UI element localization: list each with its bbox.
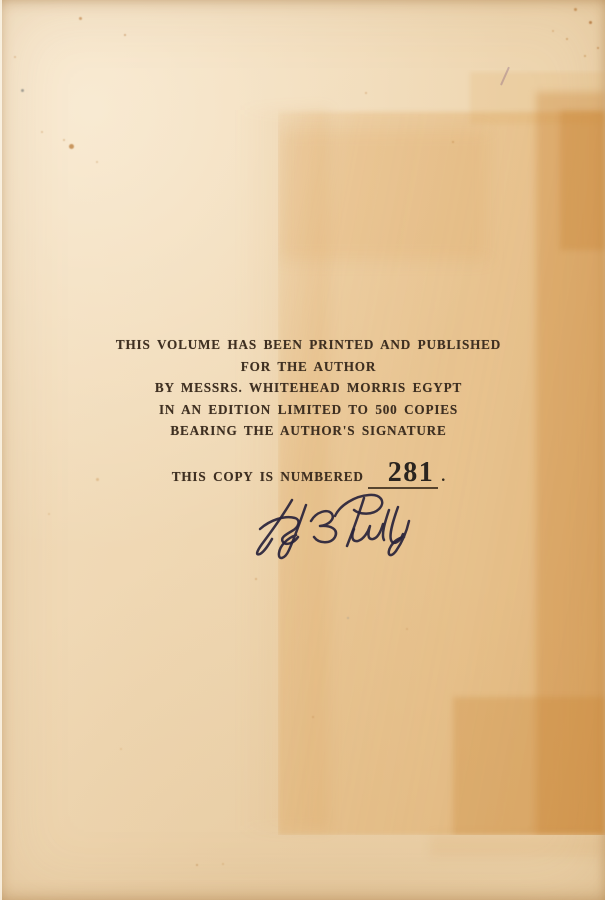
stain-mid-soft	[278, 130, 488, 260]
stain-residual-band	[430, 835, 605, 857]
foxing-spot	[69, 144, 74, 149]
limitation-line: IN AN EDITION LIMITED TO 500 COPIES	[12, 399, 605, 421]
limitation-line: BY MESSRS. WHITEHEAD MORRIS EGYPT	[12, 377, 605, 399]
foxing-spot	[79, 17, 82, 20]
book-limitation-page: THIS VOLUME HAS BEEN PRINTED AND PUBLISH…	[0, 0, 605, 900]
scratch-mark	[500, 67, 510, 86]
foxing-spot	[452, 141, 454, 143]
foxing-spot	[406, 628, 408, 630]
copy-line-period: .	[441, 468, 445, 486]
foxing-spot	[584, 55, 586, 57]
copy-number-underline: 281	[368, 459, 439, 489]
foxing-spot	[552, 30, 554, 32]
foxing-spot	[597, 47, 599, 49]
limitation-lines: THIS VOLUME HAS BEEN PRINTED AND PUBLISH…	[12, 334, 605, 442]
foxing-spot	[96, 161, 98, 163]
foxing-spot	[41, 131, 43, 133]
stain-bottom-block	[453, 697, 605, 835]
foxing-spot	[48, 513, 50, 515]
limitation-line: THIS VOLUME HAS BEEN PRINTED AND PUBLISH…	[12, 334, 605, 356]
copy-number: 281	[388, 457, 435, 488]
foxing-spot	[196, 864, 198, 866]
foxing-spot	[120, 748, 122, 750]
foxing-spot	[21, 89, 24, 92]
foxing-spot	[124, 34, 126, 36]
foxing-spot	[312, 716, 314, 718]
foxing-spot	[347, 617, 349, 619]
limitation-line: BEARING THE AUTHOR'S SIGNATURE	[12, 420, 605, 442]
foxing-spot	[222, 863, 224, 865]
foxing-spot	[63, 139, 65, 141]
foxing-spot	[255, 578, 257, 580]
copy-number-line: THIS COPY IS NUMBERED 281 .	[12, 459, 605, 491]
stain-step-rectangle	[470, 72, 605, 124]
limitation-line: FOR THE AUTHOR	[12, 356, 605, 378]
foxing-spot	[566, 38, 568, 40]
copy-line-prefix: THIS COPY IS NUMBERED	[172, 469, 364, 485]
stain-top-dark-block	[560, 110, 605, 250]
foxing-spot	[365, 92, 367, 94]
foxing-spot	[14, 56, 16, 58]
foxing-spot	[574, 8, 577, 11]
author-signature-ink	[238, 488, 423, 563]
limitation-statement: THIS VOLUME HAS BEEN PRINTED AND PUBLISH…	[0, 334, 605, 491]
foxing-spot	[589, 21, 592, 24]
